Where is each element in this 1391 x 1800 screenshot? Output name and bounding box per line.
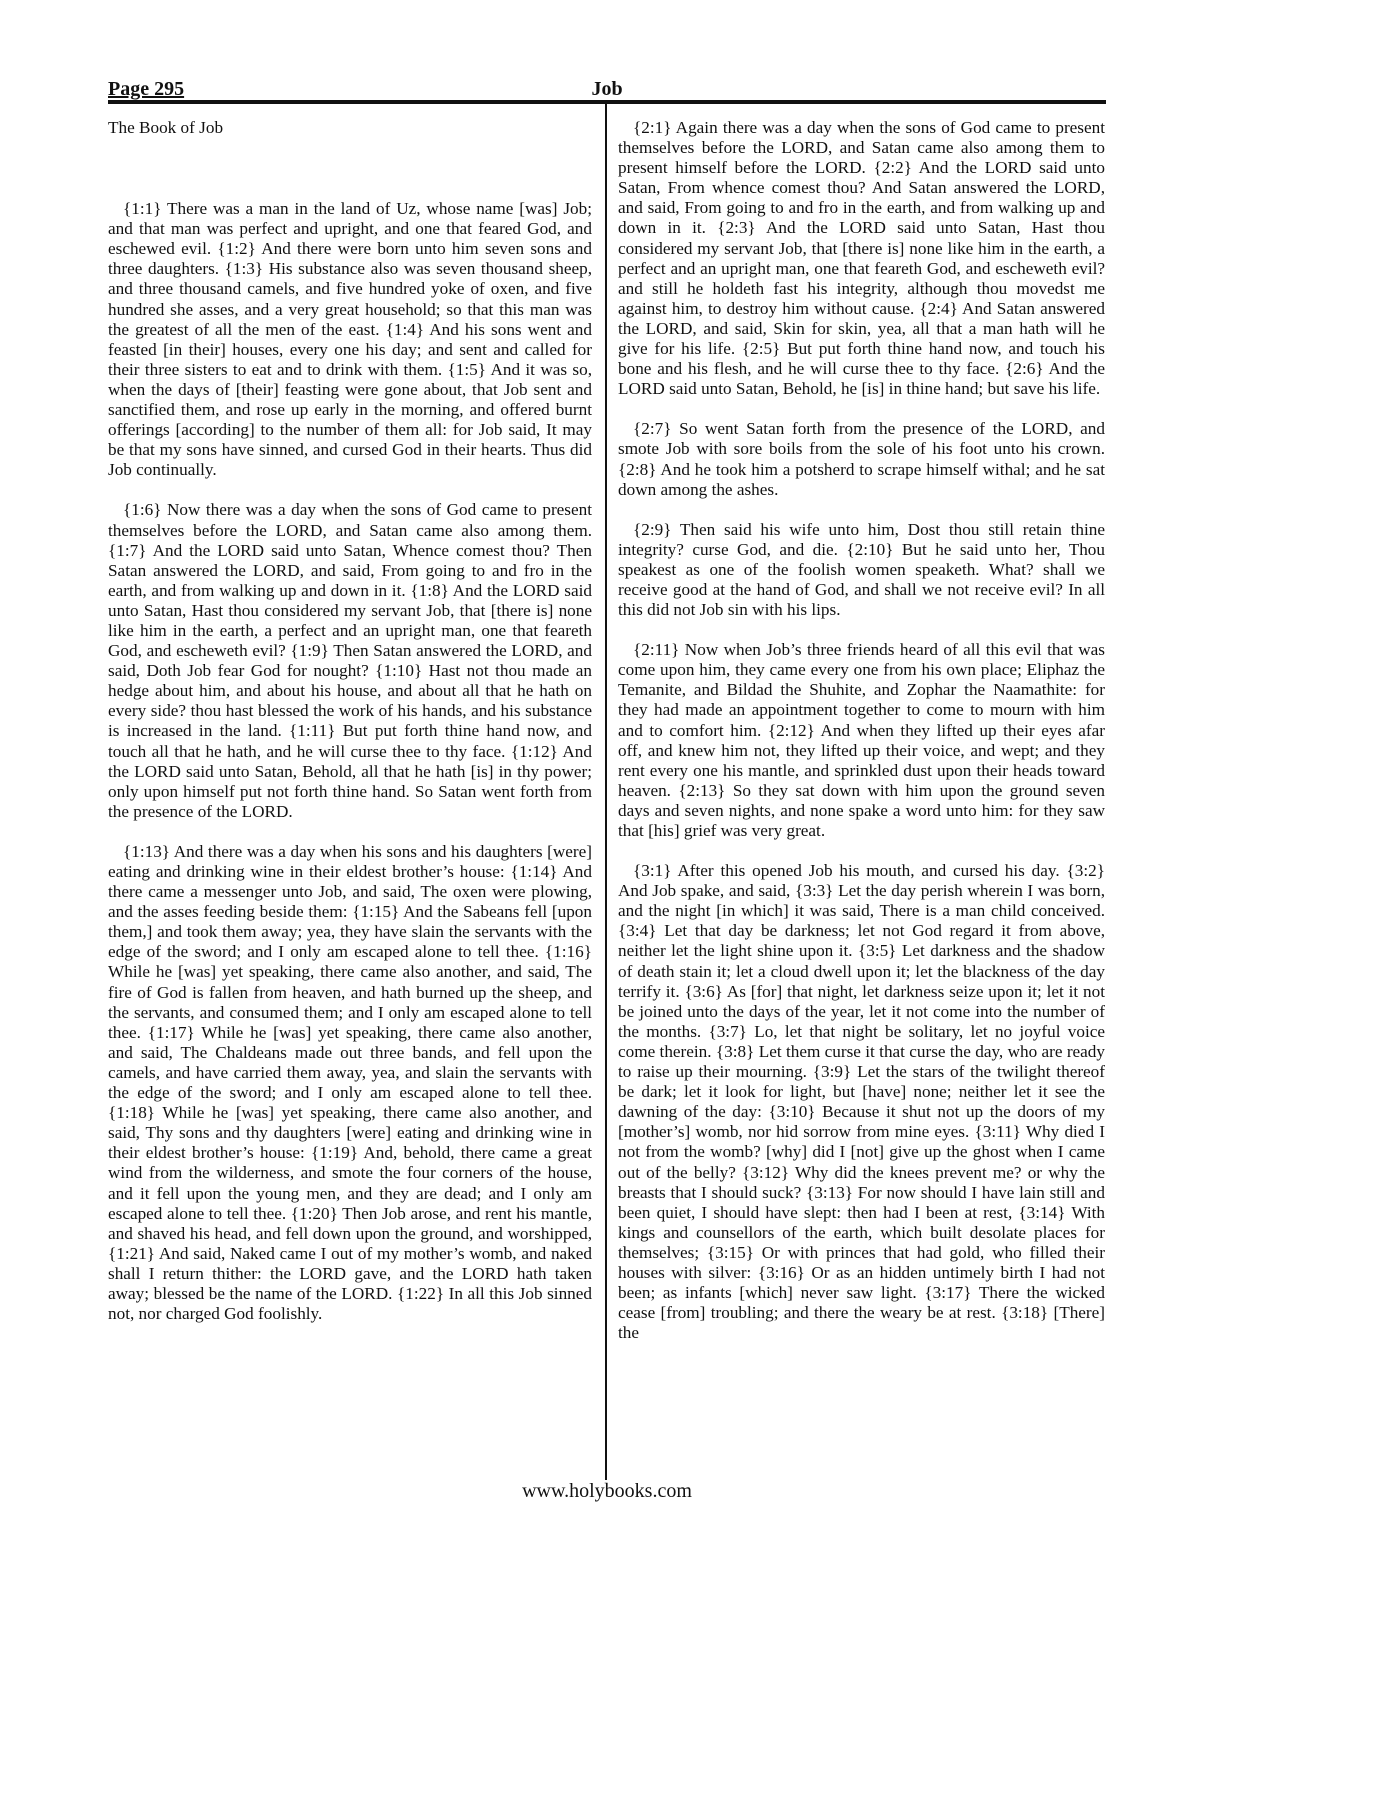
footer-site-link[interactable]: www.holybooks.com	[0, 1480, 1214, 1503]
column-divider	[605, 104, 607, 1480]
document-page: Page 295 Job The Book of Job {1:1} There…	[0, 0, 1391, 1800]
page-header: Page 295 Job	[108, 78, 1106, 104]
paragraph: {1:6} Now there was a day when the sons …	[108, 500, 592, 822]
paragraph: {2:9} Then said his wife unto him, Dost …	[618, 520, 1105, 620]
right-column: {2:1} Again there was a day when the son…	[618, 118, 1105, 1363]
paragraph: {2:7} So went Satan forth from the prese…	[618, 419, 1105, 499]
book-title: The Book of Job	[108, 118, 592, 138]
paragraph: {1:1} There was a man in the land of Uz,…	[108, 199, 592, 480]
paragraph: {3:1} After this opened Job his mouth, a…	[618, 861, 1105, 1343]
left-column: The Book of Job {1:1} There was a man in…	[108, 118, 592, 1344]
paragraph: {1:13} And there was a day when his sons…	[108, 842, 592, 1324]
paragraph: {2:1} Again there was a day when the son…	[618, 118, 1105, 399]
running-title: Job	[108, 78, 1106, 101]
paragraph: {2:11} Now when Job’s three friends hear…	[618, 640, 1105, 841]
